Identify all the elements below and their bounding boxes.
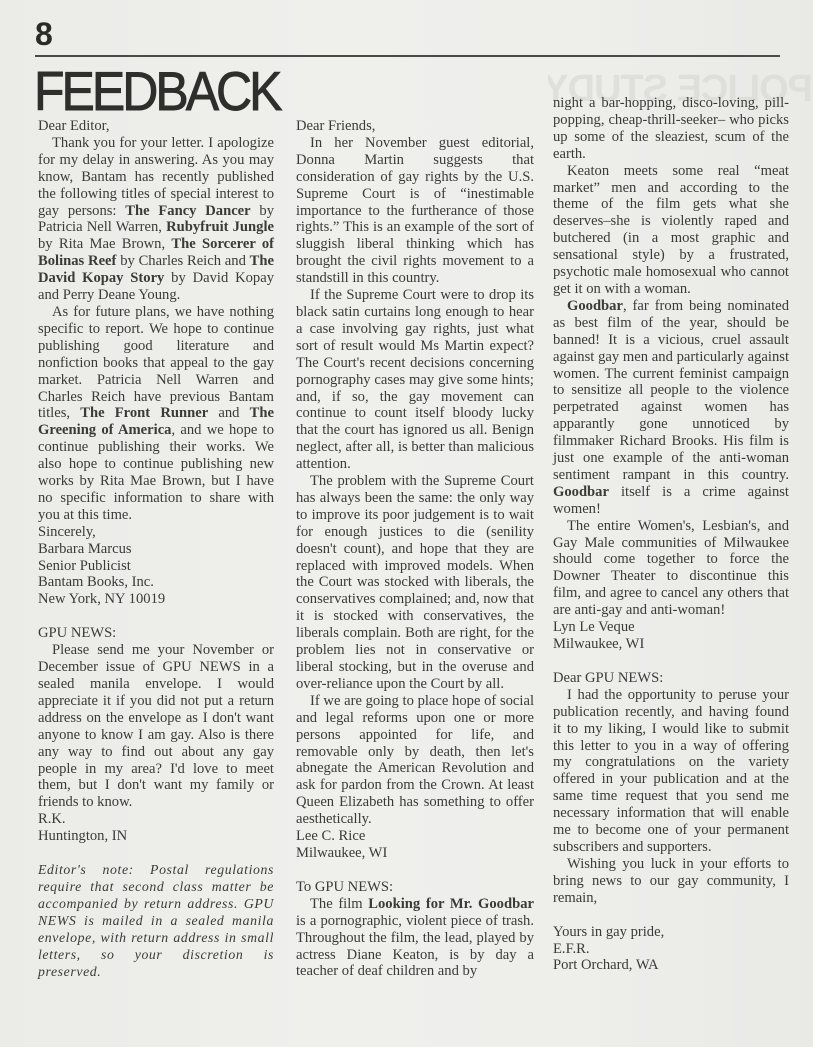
letter-paragraph: night a bar-hopping, disco-loving, pill-… [553, 95, 789, 163]
spacer [296, 862, 534, 879]
signer-location: Huntington, IN [38, 828, 274, 845]
newspaper-page: POLICE STUDY NEW IDWA 8 FEEDBACK Dear Ed… [0, 0, 813, 1047]
column-3: night a bar-hopping, disco-loving, pill-… [553, 95, 789, 974]
letter-paragraph: As for future plans, we have nothing spe… [38, 304, 274, 524]
signer-location: Port Orchard, WA [553, 957, 789, 974]
letter-salutation: Dear Editor, [38, 118, 274, 135]
column-1: Dear Editor, Thank you for your letter. … [38, 118, 274, 980]
letter-closing: Yours in gay pride, [553, 924, 789, 941]
signer-title: Senior Publicist [38, 558, 274, 575]
spacer [38, 845, 274, 862]
letter-paragraph: If the Supreme Court were to drop its bl… [296, 287, 534, 473]
text-run: , far from being nominated as best film … [553, 298, 789, 483]
letter-salutation: Dear GPU NEWS: [553, 670, 789, 687]
letter-paragraph: I had the opportunity to peruse your pub… [553, 687, 789, 856]
letter-closing: Sincerely, [38, 524, 274, 541]
film-title: Goodbar [553, 484, 609, 500]
signer-name: R.K. [38, 811, 274, 828]
letter-rice: Dear Friends, In her November guest edit… [296, 118, 534, 862]
letter-salutation: Dear Friends, [296, 118, 534, 135]
header-rule [35, 55, 780, 57]
signer-location: New York, NY 10019 [38, 591, 274, 608]
spacer [553, 907, 789, 924]
letter-paragraph: If we are going to place hope of social … [296, 693, 534, 828]
letter-paragraph: Thank you for your letter. I apologize f… [38, 135, 274, 304]
letter-goodbar-start: To GPU NEWS: The film Looking for Mr. Go… [296, 879, 534, 980]
letter-paragraph: Goodbar, far from being nominated as bes… [553, 298, 789, 518]
letter-goodbar-continued: night a bar-hopping, disco-loving, pill-… [553, 95, 789, 653]
book-title: The Front Runner [80, 405, 208, 421]
letter-paragraph: The film Looking for Mr. Goodbar is a po… [296, 896, 534, 981]
film-title: Goodbar [567, 298, 623, 314]
book-title: The Fancy Dancer [125, 203, 250, 219]
letter-rk: GPU NEWS: Please send me your November o… [38, 625, 274, 980]
signer-name: Lyn Le Veque [553, 619, 789, 636]
page-number: 8 [35, 18, 53, 50]
signer-location: Milwaukee, WI [296, 845, 534, 862]
letter-salutation: To GPU NEWS: [296, 879, 534, 896]
letter-paragraph: Keaton meets some real “meat market” men… [553, 163, 789, 298]
signer-location: Milwaukee, WI [553, 636, 789, 653]
letter-paragraph: Wishing you luck in your efforts to brin… [553, 856, 789, 907]
signer-organization: Bantam Books, Inc. [38, 574, 274, 591]
spacer [553, 653, 789, 670]
film-title: Looking for Mr. Goodbar [368, 896, 534, 912]
letter-efr: Dear GPU NEWS: I had the opportunity to … [553, 670, 789, 974]
editors-note: Editor's note: Postal regulations requir… [38, 862, 274, 980]
letter-paragraph: The problem with the Supreme Court has a… [296, 473, 534, 693]
letter-salutation: GPU NEWS: [38, 625, 274, 642]
spacer [38, 608, 274, 625]
signer-name: Barbara Marcus [38, 541, 274, 558]
text-run: by Charles Reich and [116, 253, 249, 269]
text-run: and [208, 405, 249, 421]
letter-paragraph: In her November guest editorial, Donna M… [296, 135, 534, 287]
letter-paragraph: Please send me your November or December… [38, 642, 274, 811]
signer-name: E.F.R. [553, 941, 789, 958]
text-run: As for future plans, we have nothing spe… [38, 304, 274, 421]
text-run: by Rita Mae Brown, [38, 236, 171, 252]
letter-bantam: Dear Editor, Thank you for your letter. … [38, 118, 274, 608]
letter-paragraph: The entire Women's, Lesbian's, and Gay M… [553, 518, 789, 619]
text-run: is a pornographic, violent piece of tras… [296, 913, 534, 980]
text-run: The film [310, 896, 368, 912]
column-2: Dear Friends, In her November guest edit… [296, 118, 534, 980]
signer-name: Lee C. Rice [296, 828, 534, 845]
section-title: FEEDBACK [34, 64, 280, 119]
book-title: Rubyfruit Jungle [166, 219, 274, 235]
